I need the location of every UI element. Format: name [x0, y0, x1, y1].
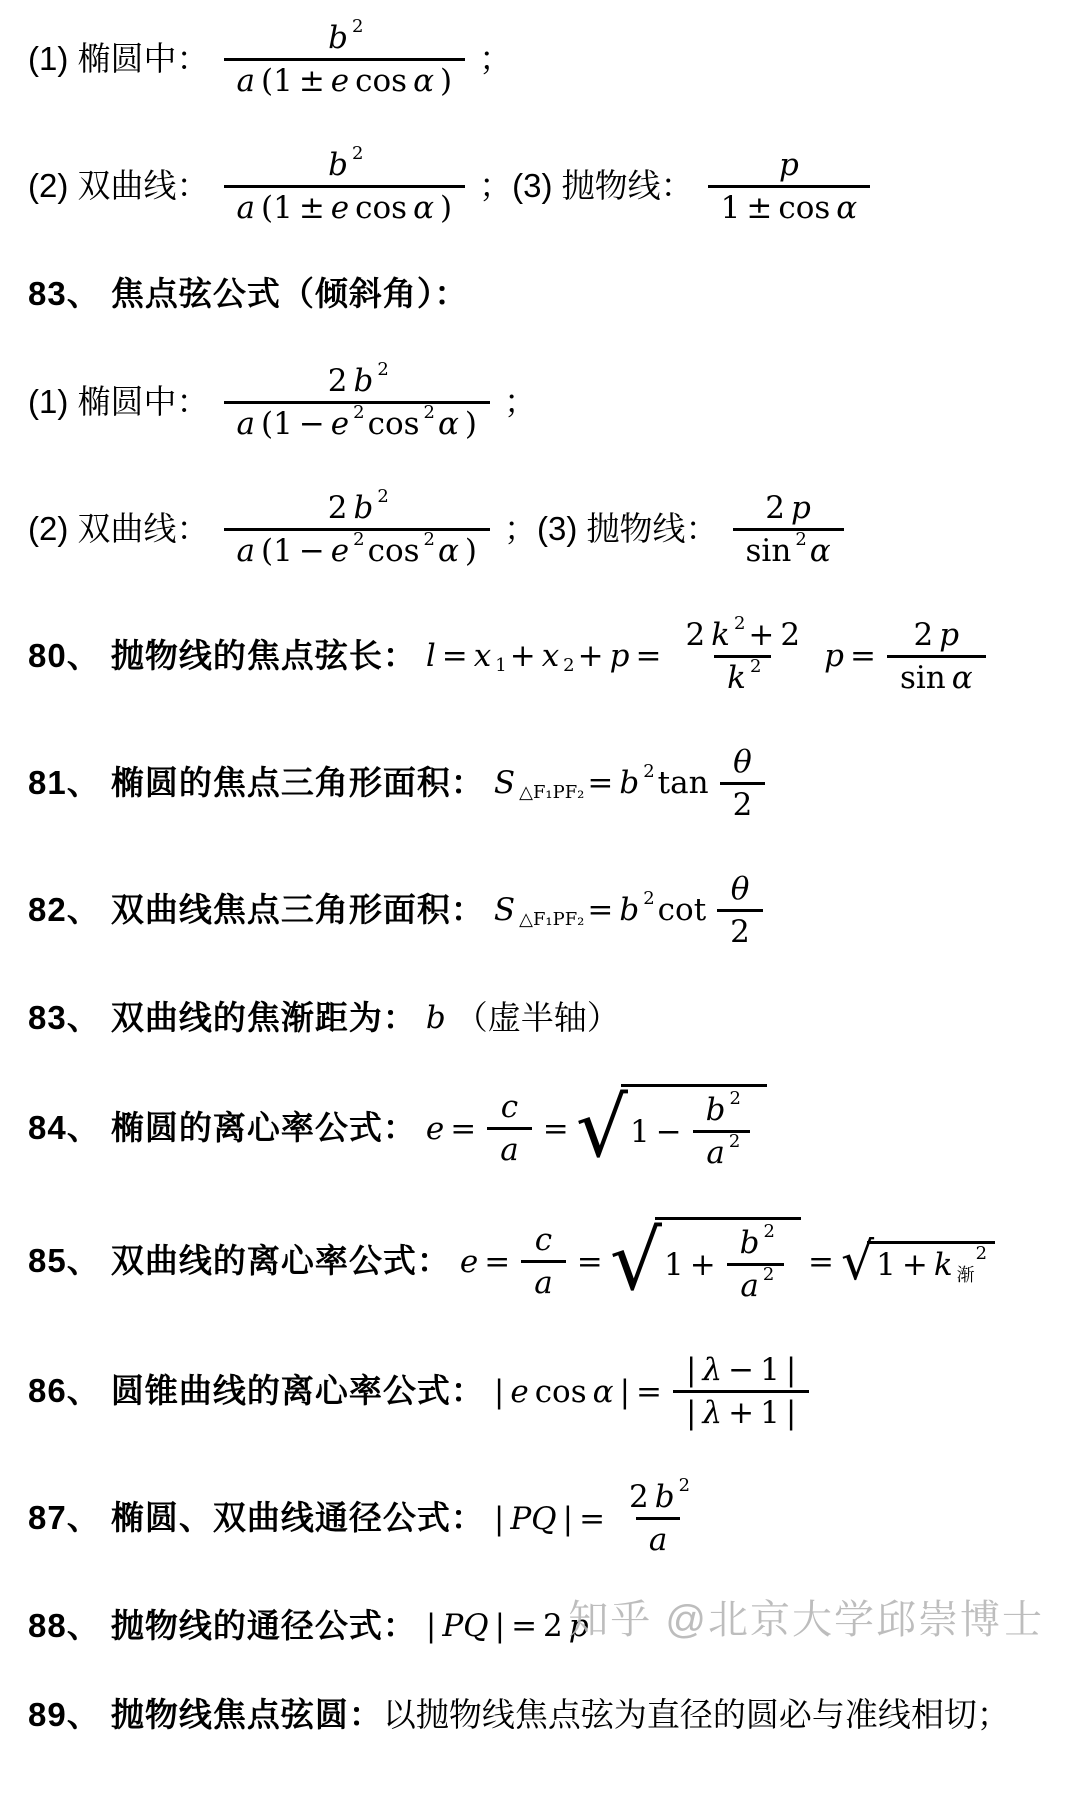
item-heading: 86、 圆锥曲线的离心率公式：: [28, 1369, 485, 1414]
math-rm: 2: [328, 490, 348, 526]
fraction-denominator: k2: [714, 655, 771, 698]
math-frac: 2psinα: [887, 615, 986, 698]
math-var: α: [836, 190, 857, 226]
math-rm: =: [808, 1244, 834, 1280]
formula: 2psin2α: [725, 488, 852, 571]
math-sub: 1: [495, 655, 506, 676]
heading-83-focal-chord-formula-inclination: 83、 焦点弦公式（倾斜角）：: [28, 272, 1056, 317]
formula: |ecosα|=|λ−1||λ+1|: [491, 1350, 817, 1433]
heading-82-hyperbola-focal-triangle-area: 82、 双曲线焦点三角形面积：S△F₁PF₂=b2cotθ2: [28, 869, 1056, 952]
math-rm: cos: [535, 1374, 587, 1410]
math-frac: |λ−1||λ+1|: [673, 1350, 809, 1433]
math-rm: =: [587, 892, 613, 928]
fraction-denominator: a2: [693, 1130, 750, 1173]
fraction-numerator: 2b2: [616, 1477, 700, 1517]
math-var: b: [328, 20, 348, 56]
math-var: b: [655, 1479, 675, 1515]
math-sup: 2: [734, 613, 745, 634]
math-rm: =: [442, 638, 468, 674]
math-sup: 2: [353, 402, 364, 423]
math-sup: 2: [679, 1475, 690, 1496]
math-rm: 2: [914, 617, 934, 653]
math-sup: 2: [424, 402, 435, 423]
math-rm: 1: [760, 1395, 780, 1431]
fraction-denominator: |λ+1|: [673, 1390, 809, 1433]
item-label: (2) 双曲线：: [28, 164, 210, 209]
math-frac: 2b2a: [616, 1477, 700, 1560]
formula: S△F₁PF₂=b2tanθ2: [491, 742, 773, 825]
math-rm: |: [494, 1501, 504, 1537]
math-rm: −: [299, 406, 325, 442]
fraction-numerator: p: [766, 145, 812, 185]
formula: |PQ|=2b2a: [491, 1477, 708, 1560]
fraction-denominator: sin2α: [733, 528, 844, 571]
math-rm: =: [636, 1374, 662, 1410]
item-label: ；: [504, 380, 537, 425]
math-rm: (1: [261, 406, 293, 442]
fraction-denominator: sinα: [887, 655, 986, 698]
math-rm: cos: [368, 406, 420, 442]
math-sup: 2: [377, 486, 388, 507]
item-label: (1) 椭圆中：: [28, 380, 210, 425]
heading-89-parabola-focal-chord-circle: 89、 抛物线焦点弦圆：以抛物线焦点弦为直径的圆必与准线相切；: [28, 1693, 1056, 1738]
math-var: a: [740, 1268, 758, 1304]
math-frac: 2b2a(1−e2cos2α): [224, 361, 491, 444]
math-sub: △F₁PF₂: [519, 909, 584, 930]
math-rm: −: [299, 533, 325, 569]
math-var: b: [740, 1225, 760, 1261]
item-heading: 82、 双曲线焦点三角形面积：: [28, 888, 485, 933]
math-sup: 2: [643, 761, 654, 782]
math-rm: |: [494, 1374, 504, 1410]
math-rm: =: [579, 1501, 605, 1537]
math-sup: 2: [750, 656, 761, 677]
math-frac: 2psin2α: [733, 488, 844, 571]
math-rm: cos: [355, 63, 407, 99]
fraction-denominator: a2: [727, 1263, 784, 1306]
math-frac: θ2: [720, 742, 766, 825]
math-rm: cos: [355, 190, 407, 226]
math-frac: p1±cosα: [708, 145, 871, 228]
fraction-numerator: θ: [718, 869, 763, 909]
math-frac: 2b2a(1−e2cos2α): [224, 488, 491, 571]
math-rm: 2: [629, 1479, 649, 1515]
math-var: k: [711, 617, 730, 653]
document-page: (1) 椭圆中：b2a(1±ecosα)；(2) 双曲线：b2a(1±ecosα…: [0, 0, 1080, 1811]
math-var: α: [413, 190, 434, 226]
math-rm: ±: [299, 190, 325, 226]
math-rm: |: [563, 1501, 573, 1537]
math-rm: (1: [261, 190, 293, 226]
math-frac: b2a(1±ecosα): [224, 145, 466, 228]
formula: b: [423, 1000, 449, 1036]
fraction-numerator: b2: [693, 1090, 751, 1130]
fraction-numerator: |λ−1|: [673, 1350, 809, 1390]
math-var: α: [593, 1374, 614, 1410]
math-var: c: [535, 1222, 552, 1258]
math-var: c: [501, 1089, 518, 1125]
math-rm: 2: [685, 617, 705, 653]
math-rm: 1: [876, 1247, 896, 1283]
math-var: α: [952, 660, 973, 696]
math-sub: △F₁PF₂: [519, 782, 584, 803]
math-var: α: [438, 406, 459, 442]
math-var: e: [331, 190, 349, 226]
math-var: PQ: [510, 1501, 556, 1537]
math-frac: b2a(1±ecosα): [224, 18, 466, 101]
math-rm: −: [656, 1114, 682, 1150]
math-var: k: [934, 1247, 953, 1283]
math-rm: sin: [900, 660, 946, 696]
math-var: e: [331, 63, 349, 99]
math-sqrt: √1+b2a2: [610, 1217, 801, 1306]
fraction-numerator: θ: [720, 742, 765, 782]
formula: e=ca=√1+b2a2=√1+k渐2: [457, 1217, 999, 1306]
fraction-denominator: a(1±ecosα): [224, 58, 466, 101]
math-var: b: [426, 1000, 446, 1036]
item-1-ellipse-focal-chord: (1) 椭圆中：b2a(1±ecosα)；: [28, 18, 1056, 101]
math-rm: ): [465, 406, 477, 442]
item-2-hyperbola-and-3-parabola-inclination: (2) 双曲线：2b2a(1−e2cos2α)；(3) 抛物线：2psin2α: [28, 488, 1056, 571]
math-rm: 2: [543, 1608, 563, 1644]
math-rm: |: [686, 1395, 696, 1431]
heading-80-parabola-focal-chord-length: 80、 抛物线的焦点弦长：l=x1+x2+p=2k2+2k2p=2psinα: [28, 615, 1056, 698]
item-label: ；: [479, 164, 512, 209]
item-2-hyperbola-and-3-parabola-focal-chord: (2) 双曲线：b2a(1±ecosα)；(3) 抛物线：p1±cosα: [28, 145, 1056, 228]
item-label: 以抛物线焦点弦为直径的圆必与准线相切；: [383, 1693, 1010, 1738]
item-label: ；: [479, 37, 512, 82]
math-var: a: [237, 406, 255, 442]
formula: S△F₁PF₂=b2cotθ2: [491, 869, 771, 952]
item-label: （虚半轴）: [455, 996, 620, 1041]
fraction-numerator: 2p: [901, 615, 973, 655]
math-sub: 2: [563, 655, 574, 676]
item-heading: 84、 椭圆的离心率公式：: [28, 1106, 417, 1151]
heading-86-conic-eccentricity-formula: 86、 圆锥曲线的离心率公式：|ecosα|=|λ−1||λ+1|: [28, 1350, 1056, 1433]
math-sup: 2: [353, 529, 364, 550]
math-rm: +: [690, 1247, 716, 1283]
math-rm: ±: [299, 63, 325, 99]
math-var: b: [706, 1092, 726, 1128]
formula: |PQ|=2p: [423, 1608, 592, 1644]
math-var: p: [824, 638, 844, 674]
math-var: e: [460, 1244, 478, 1280]
item-label: (1) 椭圆中：: [28, 37, 210, 82]
math-var: α: [810, 533, 831, 569]
formula: b2a(1±ecosα): [216, 18, 474, 101]
math-var: θ: [731, 871, 750, 907]
fraction-denominator: a: [487, 1127, 531, 1170]
math-rm: ): [440, 63, 452, 99]
math-var: S: [494, 892, 515, 928]
math-rm: +: [902, 1247, 928, 1283]
item-heading: 89、 抛物线焦点弦圆：: [28, 1693, 383, 1738]
math-rm: =: [484, 1244, 510, 1280]
math-rm: (1: [261, 63, 293, 99]
math-rm: =: [635, 638, 661, 674]
math-rm: |: [686, 1352, 696, 1388]
math-sup: 2: [377, 359, 388, 380]
math-var: a: [706, 1135, 724, 1171]
math-sup: 2: [352, 16, 363, 37]
watermark: 知乎 @北京大学邱崇博士: [568, 1588, 1044, 1645]
math-rm: |: [786, 1395, 796, 1431]
math-frac: b2a2: [693, 1090, 751, 1173]
fraction-denominator: 1±cosα: [708, 185, 871, 228]
item-heading: 85、 双曲线的离心率公式：: [28, 1239, 451, 1284]
item-heading: 81、 椭圆的焦点三角形面积：: [28, 761, 485, 806]
heading-85-hyperbola-eccentricity-formula: 85、 双曲线的离心率公式：e=ca=√1+b2a2=√1+k渐2: [28, 1217, 1056, 1306]
math-var: x: [542, 638, 559, 674]
math-var: α: [413, 63, 434, 99]
radicand: 1−b2a2: [621, 1084, 767, 1173]
item-heading: 87、 椭圆、双曲线通径公式：: [28, 1496, 485, 1541]
math-rm: cos: [778, 190, 830, 226]
math-var: x: [474, 638, 491, 674]
math-var: e: [426, 1111, 444, 1147]
heading-83-hyperbola-focus-asymptote-distance: 83、 双曲线的焦渐距为：b（虚半轴）: [28, 996, 1056, 1041]
math-sub: 渐: [957, 1261, 975, 1287]
math-var: l: [426, 638, 436, 674]
math-sup: 2: [729, 1131, 740, 1152]
math-var: a: [649, 1522, 667, 1558]
math-var: p: [939, 617, 959, 653]
item-label: (3) 抛物线：: [537, 507, 719, 552]
math-sup: 2: [730, 1088, 741, 1109]
heading-87-ellipse-hyperbola-latus-rectum: 87、 椭圆、双曲线通径公式：|PQ|=2b2a: [28, 1477, 1056, 1560]
math-frac: θ2: [717, 869, 763, 952]
math-var: a: [237, 63, 255, 99]
fraction-denominator: 2: [717, 909, 763, 952]
formula: 2b2a(1−e2cos2α): [216, 361, 499, 444]
math-var: e: [331, 406, 349, 442]
formula: 2b2a(1−e2cos2α): [216, 488, 499, 571]
math-rm: ±: [746, 190, 772, 226]
math-var: λ: [702, 1395, 722, 1431]
math-rm: =: [543, 1111, 569, 1147]
formula: p1±cosα: [700, 145, 879, 228]
fraction-denominator: a(1±ecosα): [224, 185, 466, 228]
math-rm: +: [748, 617, 774, 653]
item-heading: 80、 抛物线的焦点弦长：: [28, 634, 417, 679]
math-rm: 2: [328, 363, 348, 399]
fraction-numerator: 2b2: [315, 361, 399, 401]
heading-84-ellipse-eccentricity-formula: 84、 椭圆的离心率公式：e=ca=√1−b2a2: [28, 1084, 1056, 1173]
math-var: p: [779, 147, 799, 183]
fraction-denominator: a: [636, 1517, 680, 1560]
math-var: θ: [733, 744, 752, 780]
math-sqrt: √1+k渐2: [841, 1236, 995, 1288]
math-frac: 2k2+2k2: [672, 615, 813, 698]
math-var: a: [237, 190, 255, 226]
fraction-numerator: 2p: [752, 488, 824, 528]
math-sup: 2: [795, 529, 806, 550]
math-var: b: [619, 892, 639, 928]
formula: b2a(1±ecosα): [216, 145, 474, 228]
heading-81-ellipse-focal-triangle-area: 81、 椭圆的焦点三角形面积：S△F₁PF₂=b2tanθ2: [28, 742, 1056, 825]
math-rm: ): [465, 533, 477, 569]
math-rm: ): [440, 190, 452, 226]
math-var: α: [438, 533, 459, 569]
math-rm: 1: [664, 1247, 684, 1283]
formula: e=ca=√1−b2a2: [423, 1084, 771, 1173]
item-heading: 83、 焦点弦公式（倾斜角）：: [28, 272, 468, 317]
math-rm: cot: [658, 892, 706, 928]
math-var: e: [331, 533, 349, 569]
math-var: PQ: [442, 1608, 488, 1644]
formula: l=x1+x2+p=2k2+2k2p=2psinα: [423, 615, 994, 698]
math-var: p: [610, 638, 630, 674]
math-var: a: [237, 533, 255, 569]
math-var: b: [619, 765, 639, 801]
math-frac: ca: [487, 1087, 531, 1170]
math-rm: |: [426, 1608, 436, 1644]
math-rm: 2: [780, 617, 800, 653]
math-var: a: [534, 1265, 552, 1301]
fraction-numerator: 2b2: [315, 488, 399, 528]
math-rm: |: [495, 1608, 505, 1644]
math-rm: +: [510, 638, 536, 674]
math-rm: 1: [760, 1352, 780, 1388]
math-rm: −: [728, 1352, 754, 1388]
math-var: e: [510, 1374, 528, 1410]
item-1-ellipse-inclination: (1) 椭圆中：2b2a(1−e2cos2α)；: [28, 361, 1056, 444]
fraction-denominator: a(1−e2cos2α): [224, 401, 491, 444]
math-rm: |: [620, 1374, 630, 1410]
math-rm: |: [786, 1352, 796, 1388]
fraction-denominator: a(1−e2cos2α): [224, 528, 491, 571]
math-frac: ca: [521, 1220, 565, 1303]
math-rm: cos: [368, 533, 420, 569]
math-rm: sin: [746, 533, 792, 569]
math-rm: tan: [658, 765, 709, 801]
fraction-denominator: a: [521, 1260, 565, 1303]
item-heading: 83、 双曲线的焦渐距为：: [28, 996, 417, 1041]
math-var: b: [353, 490, 373, 526]
math-var: a: [500, 1132, 518, 1168]
math-rm: (1: [261, 533, 293, 569]
math-var: k: [727, 660, 746, 696]
radicand: 1+k渐2: [867, 1241, 995, 1283]
math-var: b: [328, 147, 348, 183]
fraction-numerator: c: [488, 1087, 531, 1127]
math-rm: =: [587, 765, 613, 801]
fraction-numerator: b2: [727, 1223, 785, 1263]
radicand: 1+b2a2: [655, 1217, 801, 1306]
math-rm: =: [511, 1608, 537, 1644]
math-rm: +: [728, 1395, 754, 1431]
math-rm: 2: [733, 787, 753, 823]
fraction-numerator: b2: [315, 18, 373, 58]
fraction-numerator: b2: [315, 145, 373, 185]
item-label: (2) 双曲线：: [28, 507, 210, 552]
math-var: b: [353, 363, 373, 399]
fraction-numerator: 2k2+2: [672, 615, 813, 655]
math-rm: +: [578, 638, 604, 674]
item-label: ；: [504, 507, 537, 552]
math-rm: 2: [765, 490, 785, 526]
math-var: λ: [702, 1352, 722, 1388]
math-frac: b2a2: [727, 1223, 785, 1306]
math-rm: =: [450, 1111, 476, 1147]
math-sup: 2: [763, 1264, 774, 1285]
fraction-denominator: 2: [720, 782, 766, 825]
math-sup: 2: [764, 1221, 775, 1242]
math-sup: 2: [424, 529, 435, 550]
math-rm: 1: [630, 1114, 650, 1150]
math-sup: 2: [976, 1243, 987, 1264]
math-sup: 2: [352, 143, 363, 164]
math-rm: 1: [721, 190, 741, 226]
math-var: p: [791, 490, 811, 526]
math-rm: =: [577, 1244, 603, 1280]
math-sup: 2: [643, 888, 654, 909]
item-heading: 88、 抛物线的通径公式：: [28, 1604, 417, 1649]
math-sqrt: √1−b2a2: [576, 1084, 767, 1173]
math-rm: 2: [730, 914, 750, 950]
item-label: (3) 抛物线：: [512, 164, 694, 209]
math-var: S: [494, 765, 515, 801]
fraction-numerator: c: [522, 1220, 565, 1260]
math-rm: =: [850, 638, 876, 674]
